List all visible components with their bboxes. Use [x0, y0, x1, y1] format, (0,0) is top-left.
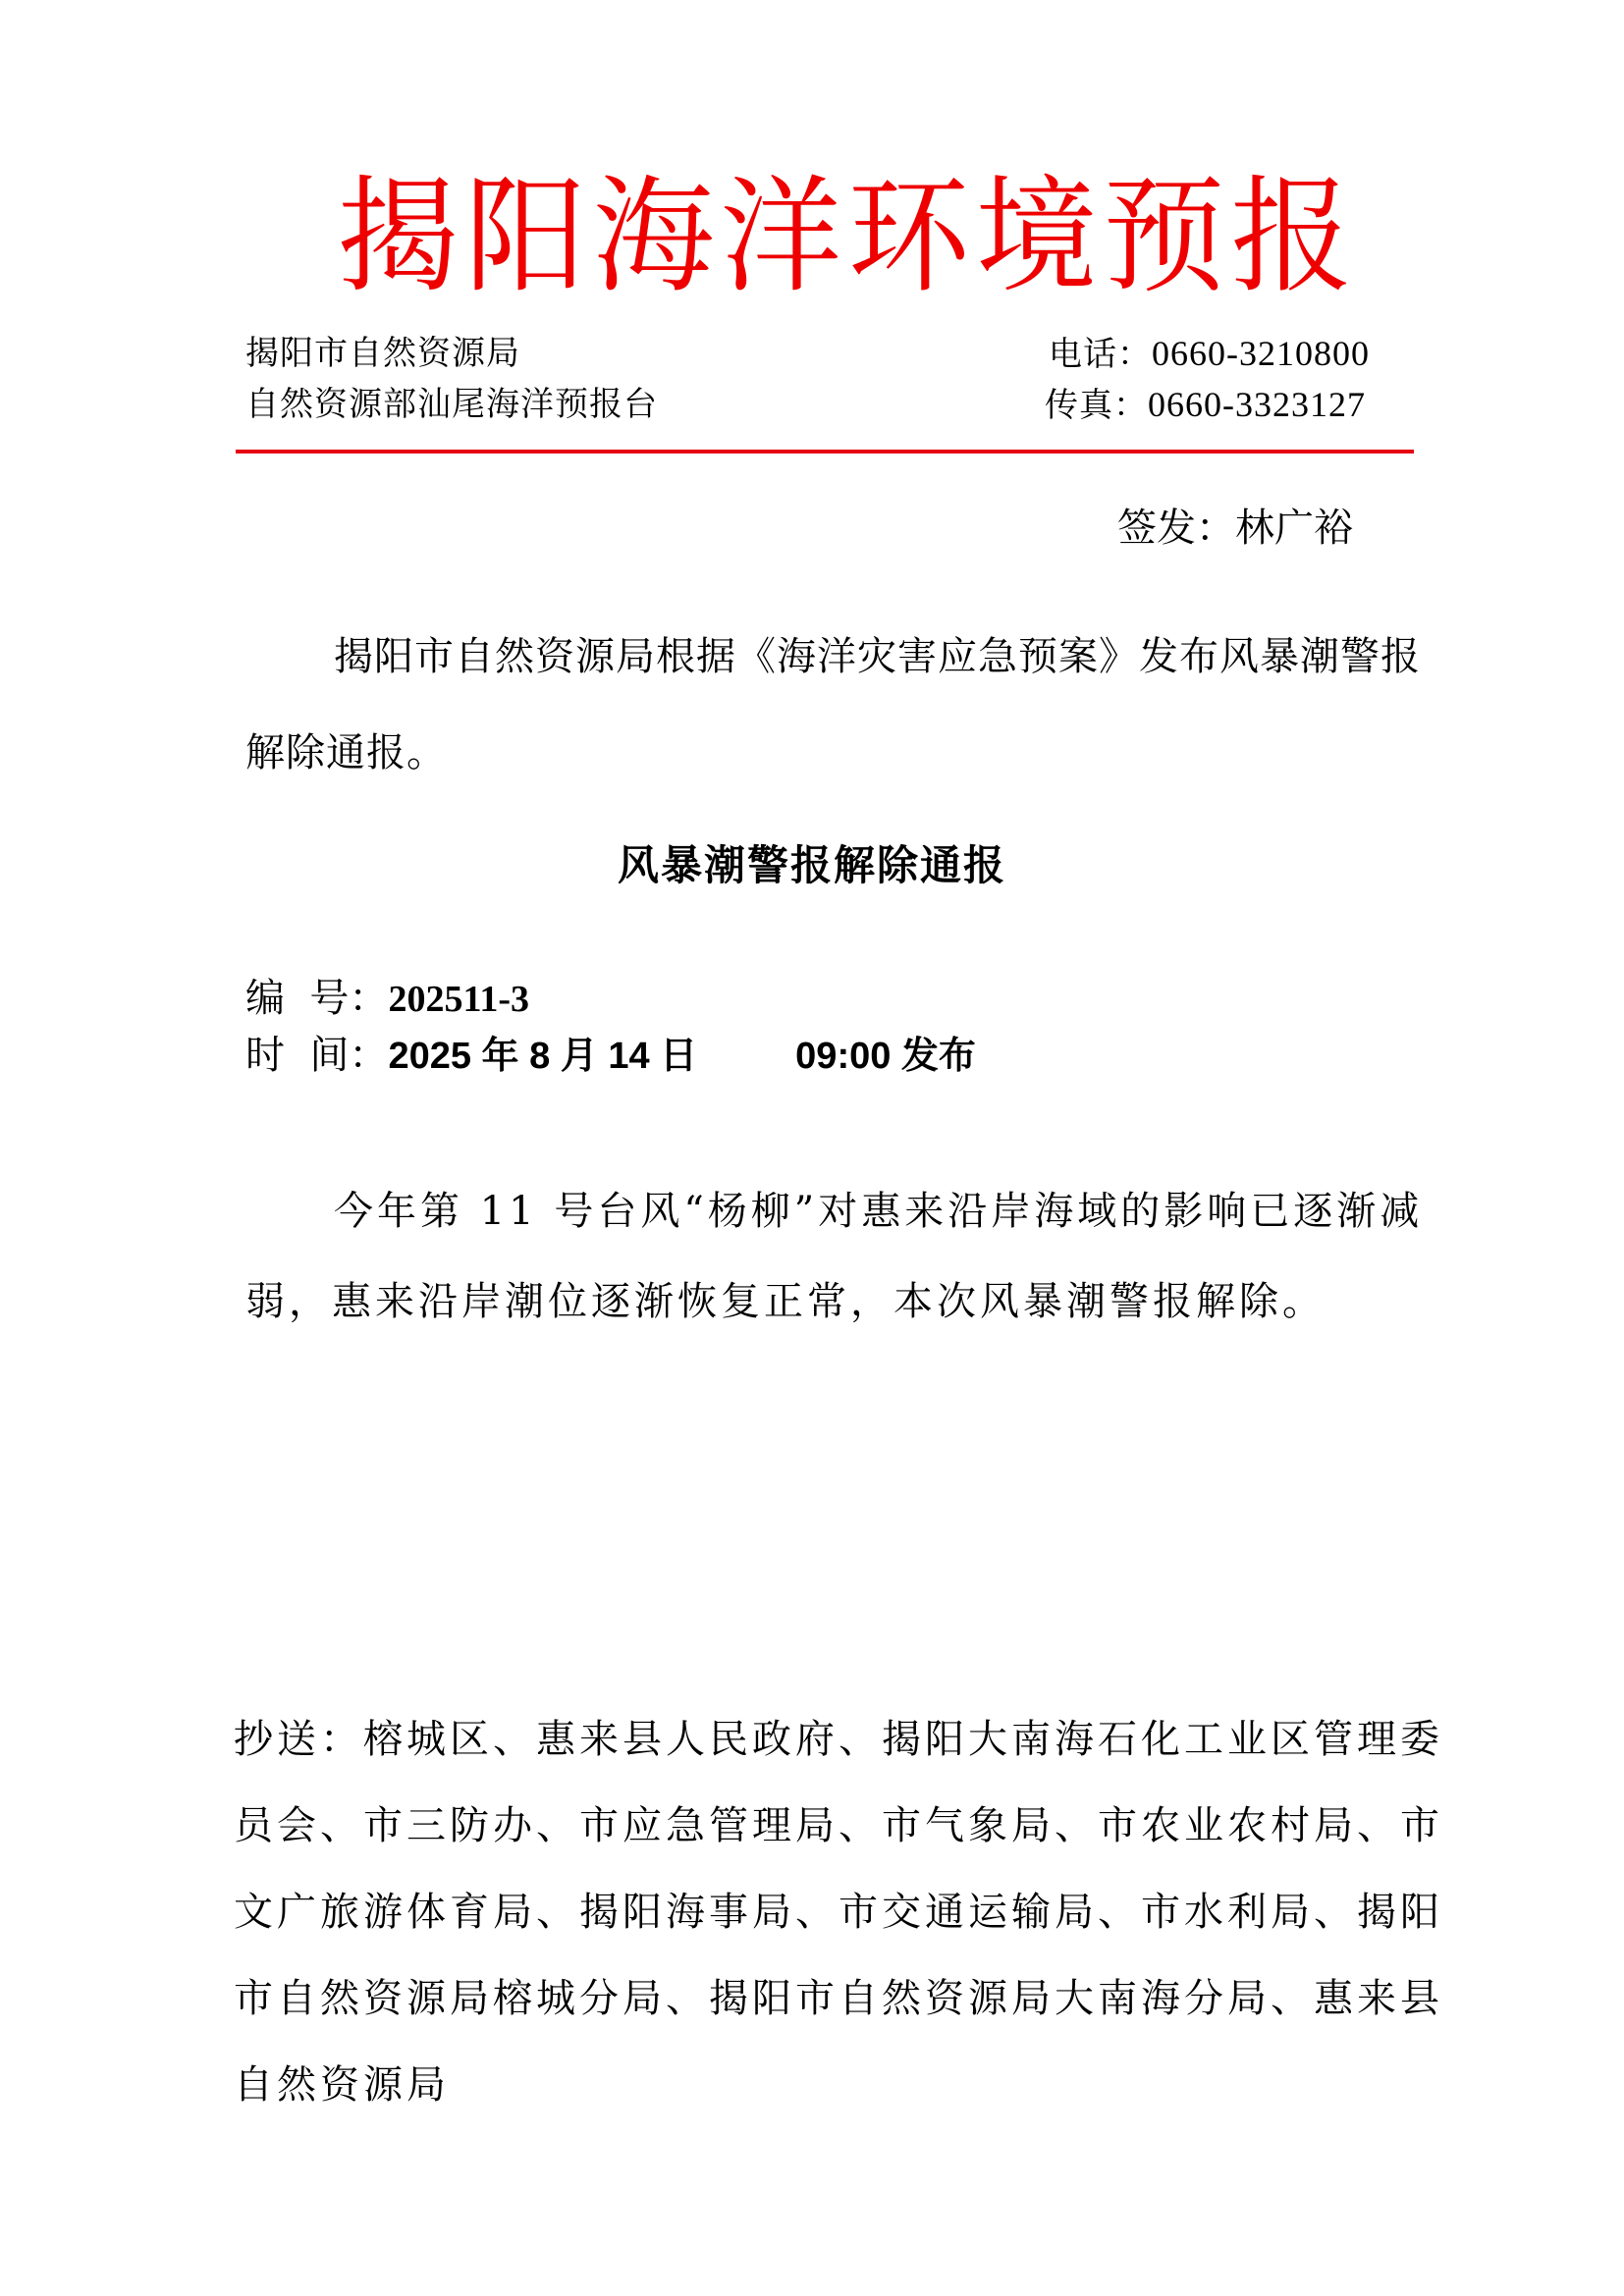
cc-label: 抄送： — [234, 1717, 363, 1762]
fax-label: 传真： — [1045, 386, 1148, 425]
notice-time-label: 时 间： — [245, 1029, 388, 1082]
fax-contact: 传真：0660-3323127 — [1045, 381, 1366, 429]
signer-name: 林广裕 — [1235, 506, 1353, 551]
notice-number-row: 编 号：202511-3 — [245, 972, 529, 1026]
body-paragraph: 今年第 11 号台风“杨柳”对惠来沿岸海域的影响已逐渐减弱，惠来沿岸潮位逐渐恢复… — [245, 1166, 1424, 1347]
cc-list: 抄送：榕城区、惠来县人民政府、揭阳大南海石化工业区管理委员会、市三防办、市应急管… — [234, 1696, 1451, 2128]
masthead-title: 揭阳海洋环境预报 — [319, 169, 1377, 306]
phone-number: 0660-3210800 — [1152, 334, 1370, 373]
notice-time-row: 时 间：2025 年 8 月 14 日09:00 发布 — [245, 1029, 976, 1083]
signer-label: 签发： — [1117, 506, 1235, 551]
phone-label: 电话： — [1049, 335, 1152, 374]
cc-recipients: 榕城区、惠来县人民政府、揭阳大南海石化工业区管理委员会、市三防办、市应急管理局、… — [234, 1717, 1443, 2108]
org-line-2: 自然资源部汕尾海洋预报台 — [245, 381, 658, 428]
org-line-1: 揭阳市自然资源局 — [245, 330, 520, 377]
notice-number-label: 编 号： — [245, 972, 388, 1025]
notice-number-value: 202511-3 — [388, 979, 529, 1020]
notice-date-value: 2025 年 8 月 14 日 — [388, 1036, 697, 1077]
fax-number: 0660-3323127 — [1148, 385, 1366, 424]
notice-time-value: 09:00 发布 — [795, 1036, 976, 1077]
signer: 签发：林广裕 — [1117, 501, 1353, 556]
header-divider — [236, 450, 1414, 454]
intro-paragraph: 揭阳市自然资源局根据《海洋灾害应急预案》发布风暴潮警报解除通报。 — [245, 609, 1424, 801]
phone-contact: 电话：0660-3210800 — [1049, 330, 1370, 378]
notice-title: 风暴潮警报解除通报 — [0, 836, 1624, 895]
